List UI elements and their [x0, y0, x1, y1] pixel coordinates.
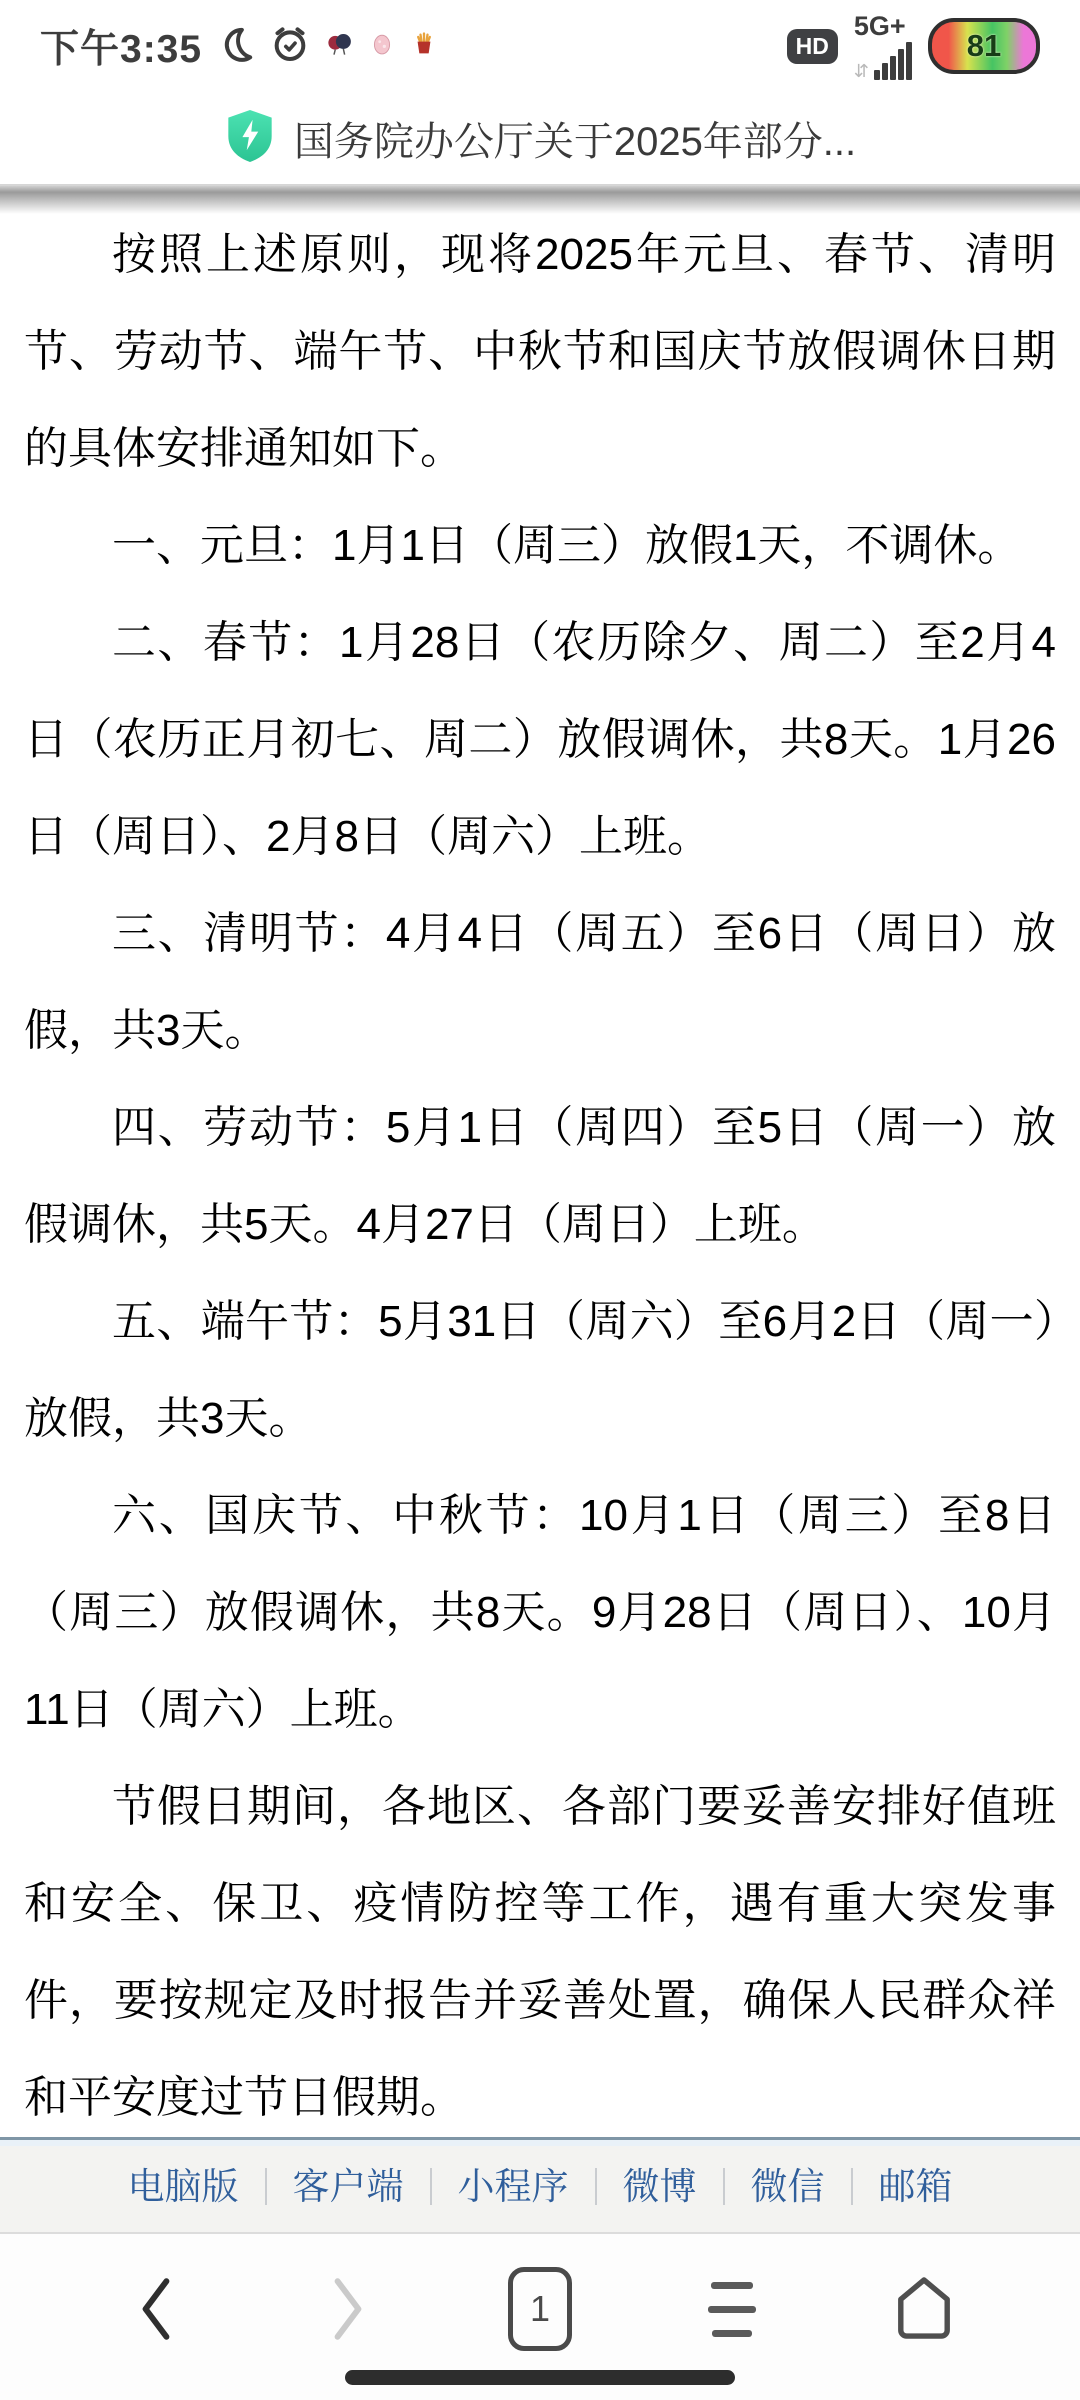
back-button[interactable]	[96, 2254, 216, 2364]
balloons-notification-icon	[324, 29, 354, 64]
moon-icon	[216, 24, 256, 69]
paragraph-spring-festival: 二、春节：1月28日（农历除夕、周二）至2月4日（农历正月初七、周二）放假调休，…	[24, 594, 1056, 885]
signal-strength-icon: 5G+ ⇵	[854, 13, 912, 80]
site-footer-links: 电脑版 客户端 小程序 微博 微信 邮箱	[0, 2137, 1080, 2232]
footer-link-client-app[interactable]: 客户端	[265, 2168, 430, 2205]
menu-button[interactable]	[672, 2254, 792, 2364]
paragraph-labor-day: 四、劳动节：5月1日（周四）至5日（周一）放假调休，共5天。4月27日（周日）上…	[24, 1079, 1056, 1273]
paragraph-qingming: 三、清明节：4月4日（周五）至6日（周日）放假，共3天。	[24, 885, 1056, 1079]
gesture-handle[interactable]	[345, 2370, 735, 2385]
browser-title-bar[interactable]: 国务院办公厅关于2025年部分...	[0, 92, 1080, 184]
paragraph-new-year: 一、元旦：1月1日（周三）放假1天，不调休。	[24, 497, 1056, 594]
footer-link-mini-program[interactable]: 小程序	[430, 2168, 595, 2205]
paragraph-intro: 按照上述原则，现将2025年元旦、春节、清明节、劳动节、端午节、中秋节和国庆节放…	[24, 206, 1056, 497]
battery-icon: 81	[928, 18, 1040, 74]
tabs-button[interactable]: 1	[480, 2254, 600, 2364]
phone-screen: 下午3:35	[0, 0, 1080, 2400]
document-body: 按照上述原则，现将2025年元旦、春节、清明节、劳动节、端午节、中秋节和国庆节放…	[0, 196, 1080, 2340]
fries-notification-icon	[410, 30, 438, 63]
clock-time: 下午3:35	[40, 18, 202, 74]
data-activity-arrows-icon: ⇵	[854, 62, 869, 80]
alarm-icon	[270, 24, 310, 69]
hd-volte-icon: HD	[787, 29, 838, 64]
security-shield-icon	[224, 107, 276, 170]
menu-icon	[708, 2282, 756, 2337]
footer-link-wechat[interactable]: 微信	[723, 2168, 851, 2205]
status-bar: 下午3:35	[0, 0, 1080, 92]
tab-counter: 1	[508, 2267, 572, 2351]
paragraph-duty-notice: 节假日期间，各地区、各部门要妥善安排好值班和安全、保卫、疫情防控等工作，遇有重大…	[24, 1758, 1056, 2146]
forward-button[interactable]	[288, 2254, 408, 2364]
footer-link-weibo[interactable]: 微博	[595, 2168, 723, 2205]
home-button[interactable]	[864, 2254, 984, 2364]
footer-link-mail[interactable]: 邮箱	[851, 2168, 979, 2205]
paragraph-dragon-boat: 五、端午节：5月31日（周六）至6月2日（周一）放假，共3天。	[24, 1273, 1056, 1467]
paragraph-national-day: 六、国庆节、中秋节：10月1日（周三）至8日（周三）放假调休，共8天。9月28日…	[24, 1467, 1056, 1758]
footer-link-desktop-version[interactable]: 电脑版	[102, 2168, 265, 2205]
egg-notification-icon	[368, 30, 396, 63]
browser-nav-bar: 1	[0, 2232, 1080, 2400]
page-title: 国务院办公厅关于2025年部分...	[294, 110, 856, 167]
